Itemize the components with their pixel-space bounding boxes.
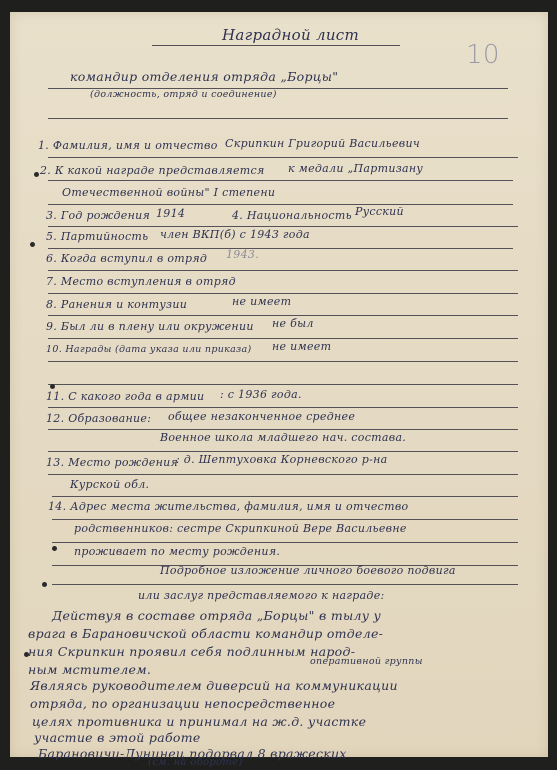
field-3-label: 3. Год рождения: [46, 209, 150, 222]
field-rule: [48, 157, 518, 158]
narrative-line-8: участие в этой работе: [34, 730, 201, 745]
field-10-value: не имеет: [272, 340, 331, 353]
field-4-value: Русский: [355, 205, 404, 218]
field-1-value: Скрипкин Григорий Васильевич: [225, 137, 420, 150]
punch-hole-mark: [52, 546, 57, 551]
field-rule: [48, 407, 518, 408]
punch-hole-mark: [30, 242, 35, 247]
field-12-value: общее незаконченное среднее: [168, 410, 355, 423]
field-12-label: 12. Образование:: [46, 412, 151, 425]
field-3-value: 1914: [156, 207, 185, 220]
field-rule: [48, 270, 518, 271]
field-rule: [48, 293, 518, 294]
field-rule: [48, 226, 518, 227]
field-7-label: 7. Место вступления в отряд: [46, 275, 236, 288]
punch-hole-mark: [50, 384, 55, 389]
document-title: Наградной лист: [222, 26, 359, 44]
field-rule: [48, 180, 513, 181]
punch-hole-mark: [24, 652, 29, 657]
narrative-line-7: целях противника и принимал на ж.д. учас…: [32, 714, 366, 729]
field-rule: [48, 474, 518, 475]
field-rule: [48, 204, 513, 205]
narrative-heading: Подробное изложение личного боевого подв…: [160, 564, 456, 577]
field-13-value-cont: Курской обл.: [70, 478, 149, 491]
field-rule: [52, 496, 518, 497]
field-14-value: родственников: сестре Скрипкиной Вере Ва…: [74, 522, 407, 535]
see-reverse-note: (см. на обороте): [148, 757, 243, 768]
field-rule: [48, 361, 518, 362]
narrative-subheading: или заслуг представляемого к награде:: [138, 589, 385, 602]
field-rule: [48, 315, 518, 316]
field-13-label: 13. Место рождения: [46, 456, 178, 469]
field-rule: [52, 519, 518, 520]
field-11-value: : с 1936 года.: [220, 388, 302, 401]
field-13-value: : д. Шептуховка Корневского р-на: [176, 453, 388, 466]
field-8-value: не имеет: [232, 295, 291, 308]
narrative-insertion: оперативной группы: [310, 656, 423, 667]
field-11-label: 11. С какого года в армии: [46, 390, 204, 403]
field-14-value-cont: проживает по месту рождения.: [74, 545, 280, 558]
narrative-line-6: отряда, по организации непосредственное: [30, 696, 335, 711]
field-12-value-cont: Военное школа младшего нач. состава.: [160, 431, 406, 444]
narrative-heading-underline: [52, 584, 518, 585]
field-rule: [48, 429, 518, 430]
field-rule: [48, 338, 518, 339]
field-14-label: 14. Адрес места жительства, фамилия, имя…: [48, 500, 408, 513]
page-number: 10: [466, 40, 500, 70]
field-5-value: член ВКП(б) с 1943 года: [160, 228, 310, 241]
punch-hole-mark: [42, 582, 47, 587]
position-caption: (должность, отряд и соединение): [90, 89, 277, 100]
field-9-value: не был: [272, 317, 314, 330]
field-1-label: 1. Фамилия, имя и отчество: [38, 139, 218, 152]
narrative-line-3: ния Скрипкин проявил себя подлинным наро…: [28, 644, 355, 659]
field-rule: [52, 542, 518, 543]
narrative-line-1: Действуя в составе отряда „Борцы" в тылу…: [52, 608, 381, 623]
field-4-label: 4. Национальность: [232, 209, 352, 222]
field-6-label: 6. Когда вступил в отряд: [46, 252, 207, 265]
field-rule: [48, 248, 513, 249]
position-value: командир отделения отряда „Борцы": [70, 69, 338, 84]
field-rule: [48, 451, 518, 452]
field-5-label: 5. Партийность: [46, 230, 148, 243]
divider-rule: [48, 118, 508, 119]
title-underline: [152, 45, 400, 46]
punch-hole-mark: [34, 172, 39, 177]
field-rule: [48, 384, 518, 385]
award-sheet-page: Наградной лист 10 командир отделения отр…: [10, 12, 548, 757]
field-8-label: 8. Ранения и контузии: [46, 298, 187, 311]
field-10-label: 10. Награды (дата указа или приказа): [46, 344, 252, 355]
narrative-line-5: Являясь руководителем диверсий на коммун…: [30, 678, 398, 693]
narrative-line-4: ным мстителем.: [28, 662, 151, 677]
field-2-label: 2. К какой награде представляется: [40, 164, 265, 177]
field-9-label: 9. Был ли в плену или окружении: [46, 320, 254, 333]
narrative-line-2: врага в Барановичской области командир о…: [28, 626, 383, 641]
field-6-value: 1943.: [226, 248, 259, 261]
field-2-value: к медали „Партизану: [288, 162, 423, 175]
field-2-value-cont: Отечественной войны" I степени: [62, 186, 275, 199]
